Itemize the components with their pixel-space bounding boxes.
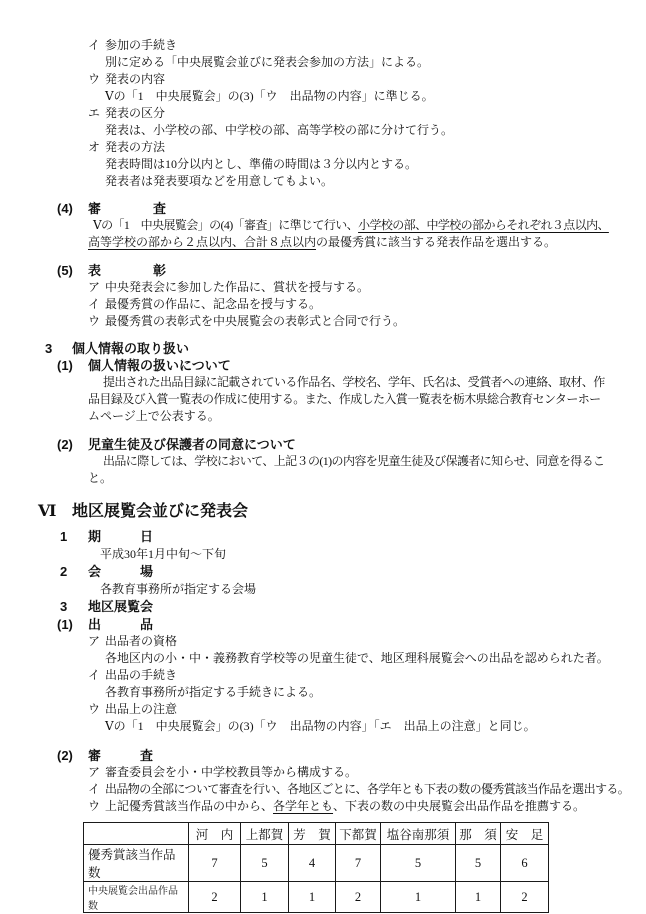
item-label: ウ [88, 313, 105, 330]
column-header: 芳 賀 [289, 823, 336, 845]
item-title: 発表の方法 [105, 139, 165, 156]
shuppin-item-body: Ⅴの「1 中央展覧会」の(3)「ウ 出品物の内容」「エ 出品上の注意」と同じ。 [105, 718, 646, 735]
heading-number: 1 [60, 528, 88, 546]
item-title: 参加の手続き [105, 37, 177, 54]
table-cell: 7 [189, 845, 241, 882]
heading-privacy-sub2: (2) 児童生徒及び保護者の同意について [57, 436, 646, 453]
heading-number: (4) [57, 200, 88, 217]
hyosho-item: ア 中央発表会に参加した作品に、賞状を授与する。 [88, 279, 646, 296]
heading-number: (2) [57, 436, 88, 453]
item-title: 出品者の資格 [105, 633, 177, 650]
table-cell: 5 [241, 845, 289, 882]
heading-district-shinsa: (2) 審 査 [57, 747, 646, 764]
district-shinsa-item: イ 出品物の全部について審査を行い、各地区ごとに、各学年とも下表の数の優秀賞該当… [88, 781, 646, 798]
item-u: ウ 発表の内容 [88, 71, 646, 88]
heading-number: (2) [57, 747, 88, 764]
item-text: 中央発表会に参加した作品に、賞状を授与する。 [105, 279, 369, 296]
table-cell: 5 [381, 845, 456, 882]
heading-number: 3 [45, 340, 72, 357]
document-page: イ 参加の手続き 別に定める「中央展覧会並びに発表会参加の方法」による。 ウ 発… [0, 0, 646, 914]
table-cell: 7 [336, 845, 381, 882]
heading-title: 個人情報の取り扱い [72, 340, 189, 357]
item-label: ア [88, 764, 105, 781]
item-label: オ [88, 139, 105, 156]
item-text: 審査委員会を小・中学校教員等から構成する。 [105, 764, 357, 781]
item-label: ウ [88, 798, 105, 815]
table-cell: 1 [289, 882, 336, 913]
section-numeral: Ⅵ [38, 501, 72, 523]
table-header-row: 河 内 上都賀 芳 賀 下都賀 塩谷南那須 那 須 安 足 [84, 823, 549, 845]
heading-venue: 2 会 場 [60, 563, 646, 581]
table-cell: 6 [501, 845, 549, 882]
column-header: 塩谷南那須 [381, 823, 456, 845]
heading-title: 期 日 [88, 528, 153, 546]
table-cell: 2 [336, 882, 381, 913]
text-segment: Ⅴの「1 中央展覧会」の(4)「審査」に準じて行い、 [93, 218, 358, 232]
item-label: イ [88, 667, 105, 684]
district-shinsa-item: ウ 上記優秀賞該当作品の中から、各学年とも、下表の数の中央展覧会出品作品を推薦す… [88, 798, 646, 815]
heading-privacy-sub1: (1) 個人情報の扱いについて [57, 357, 646, 374]
heading-shuppin: (1) 出 品 [57, 616, 646, 633]
item-title: 発表の区分 [105, 105, 165, 122]
venue-value: 各教育事務所が指定する会場 [100, 581, 646, 598]
row-label: 中央展覧会出品作品数 [84, 882, 189, 913]
item-e: エ 発表の区分 [88, 105, 646, 122]
consent-paragraph-line: 出品に際しては、学校において、上記３の(1)の内容を児童生徒及び保護者に知らせ、… [88, 453, 646, 470]
district-shinsa-item: ア 審査委員会を小・中学校教員等から構成する。 [88, 764, 646, 781]
heading-privacy: 3 個人情報の取り扱い [45, 340, 646, 357]
item-body: 別に定める「中央展覧会並びに発表会参加の方法」による。 [105, 54, 646, 71]
item-body: Ⅴの「1 中央展覧会」の(3)「ウ 出品物の内容」に準じる。 [105, 88, 646, 105]
item-i: イ 参加の手続き [88, 37, 646, 54]
shinsa-4-line-2: 高等学校の部から２点以内、合計８点以内の最優秀賞に該当する発表作品を選出する。 [88, 234, 646, 251]
column-header: 安 足 [501, 823, 549, 845]
section-title: 地区展覧会並びに発表会 [72, 501, 248, 523]
heading-number: (5) [57, 262, 88, 279]
heading-title: 表 彰 [88, 262, 166, 279]
heading-hyosho-5: (5) 表 彰 [57, 262, 646, 279]
shuppin-item: ア 出品者の資格 [88, 633, 646, 650]
shuppin-item-body: 各教育事務所が指定する手続きによる。 [105, 684, 646, 701]
row-label: 優秀賞該当作品数 [84, 845, 189, 882]
underlined-text: 各学年とも [273, 799, 333, 813]
shuppin-item: ウ 出品上の注意 [88, 701, 646, 718]
item-text: 最優秀賞の作品に、記念品を授与する。 [105, 296, 321, 313]
heading-title: 児童生徒及び保護者の同意について [88, 436, 296, 453]
underlined-text: 高等学校の部から２点以内、合計８点以内 [88, 235, 316, 249]
item-text: 上記優秀賞該当作品の中から、各学年とも、下表の数の中央展覧会出品作品を推薦する。 [105, 798, 585, 815]
item-text: 出品物の全部について審査を行い、各地区ごとに、各学年とも下表の数の優秀賞該当作品… [105, 781, 629, 798]
heading-title: 審 査 [88, 747, 153, 764]
heading-number: 2 [60, 563, 88, 581]
item-body: 発表は、小学校の部、中学校の部、高等学校の部に分けて行う。 [105, 122, 646, 139]
shinsa-4-line-1: Ⅴの「1 中央展覧会」の(4)「審査」に準じて行い、小学校の部、中学校の部からそ… [88, 217, 646, 234]
heading-shinsa-4: (4) 審 査 [57, 200, 646, 217]
heading-title: 出 品 [88, 616, 153, 633]
heading-title: 会 場 [88, 563, 153, 581]
item-label: ウ [88, 701, 105, 718]
table-row: 優秀賞該当作品数 7 5 4 7 5 5 6 [84, 845, 549, 882]
recommendation-count-table: 河 内 上都賀 芳 賀 下都賀 塩谷南那須 那 須 安 足 優秀賞該当作品数 7… [83, 822, 549, 913]
table-cell: 1 [381, 882, 456, 913]
text-segment: 、下表の数の中央展覧会出品作品を推薦する。 [333, 799, 585, 813]
heading-number: 3 [60, 598, 88, 616]
item-label: エ [88, 105, 105, 122]
privacy-paragraph-line: ムページ上で公表する。 [88, 408, 646, 425]
item-label: ウ [88, 71, 105, 88]
item-label: ア [88, 279, 105, 296]
column-header: 上都賀 [241, 823, 289, 845]
item-title: 出品の手続き [105, 667, 177, 684]
privacy-paragraph-line: 品目録及び入賞一覧表の作成に使用する。また、作成した入賞一覧表を栃木県総合教育セ… [88, 391, 646, 408]
item-label: イ [88, 37, 105, 54]
column-header: 下都賀 [336, 823, 381, 845]
item-body: 発表者は発表要項などを用意してもよい。 [105, 173, 646, 190]
table-cell: 1 [241, 882, 289, 913]
shuppin-item-body: 各地区内の小・中・義務教育学校等の児童生徒で、地区理科展覧会への出品を認められた… [105, 650, 646, 667]
heading-number: (1) [57, 357, 88, 374]
heading-date: 1 期 日 [60, 528, 646, 546]
item-o: オ 発表の方法 [88, 139, 646, 156]
heading-section-6: Ⅵ 地区展覧会並びに発表会 [38, 501, 646, 523]
item-label: イ [88, 781, 105, 798]
column-header: 那 須 [456, 823, 501, 845]
privacy-paragraph-line: 提出された出品目録に記載されている作品名、学校名、学年、氏名は、受賞者への連絡、… [88, 374, 646, 391]
heading-number: (1) [57, 616, 88, 633]
date-value: 平成30年1月中旬～下旬 [100, 546, 646, 563]
underlined-text: 小学校の部、中学校の部からそれぞれ３点以内、 [358, 218, 609, 232]
heading-title: 地区展覧会 [88, 598, 153, 616]
hyosho-item: イ 最優秀賞の作品に、記念品を授与する。 [88, 296, 646, 313]
text-segment: 上記優秀賞該当作品の中から、 [105, 799, 273, 813]
table-row: 中央展覧会出品作品数 2 1 1 2 1 1 2 [84, 882, 549, 913]
table-cell: 1 [456, 882, 501, 913]
table-corner-cell [84, 823, 189, 845]
item-label: イ [88, 296, 105, 313]
item-text: 最優秀賞の表彰式を中央展覧会の表彰式と合同で行う。 [105, 313, 405, 330]
shuppin-item: イ 出品の手続き [88, 667, 646, 684]
column-header: 河 内 [189, 823, 241, 845]
item-label: ア [88, 633, 105, 650]
hyosho-item: ウ 最優秀賞の表彰式を中央展覧会の表彰式と合同で行う。 [88, 313, 646, 330]
text-segment: の最優秀賞に該当する発表作品を選出する。 [316, 235, 556, 249]
heading-title: 審 査 [88, 200, 166, 217]
table-cell: 4 [289, 845, 336, 882]
item-title: 発表の内容 [105, 71, 165, 88]
table-cell: 2 [501, 882, 549, 913]
item-body: 発表時間は10分以内とし、準備の時間は３分以内とする。 [105, 156, 646, 173]
heading-title: 個人情報の扱いについて [88, 357, 231, 374]
table-cell: 5 [456, 845, 501, 882]
heading-district-exhibition: 3 地区展覧会 [60, 598, 646, 616]
table-cell: 2 [189, 882, 241, 913]
consent-paragraph-line: と。 [88, 470, 646, 487]
item-title: 出品上の注意 [105, 701, 177, 718]
